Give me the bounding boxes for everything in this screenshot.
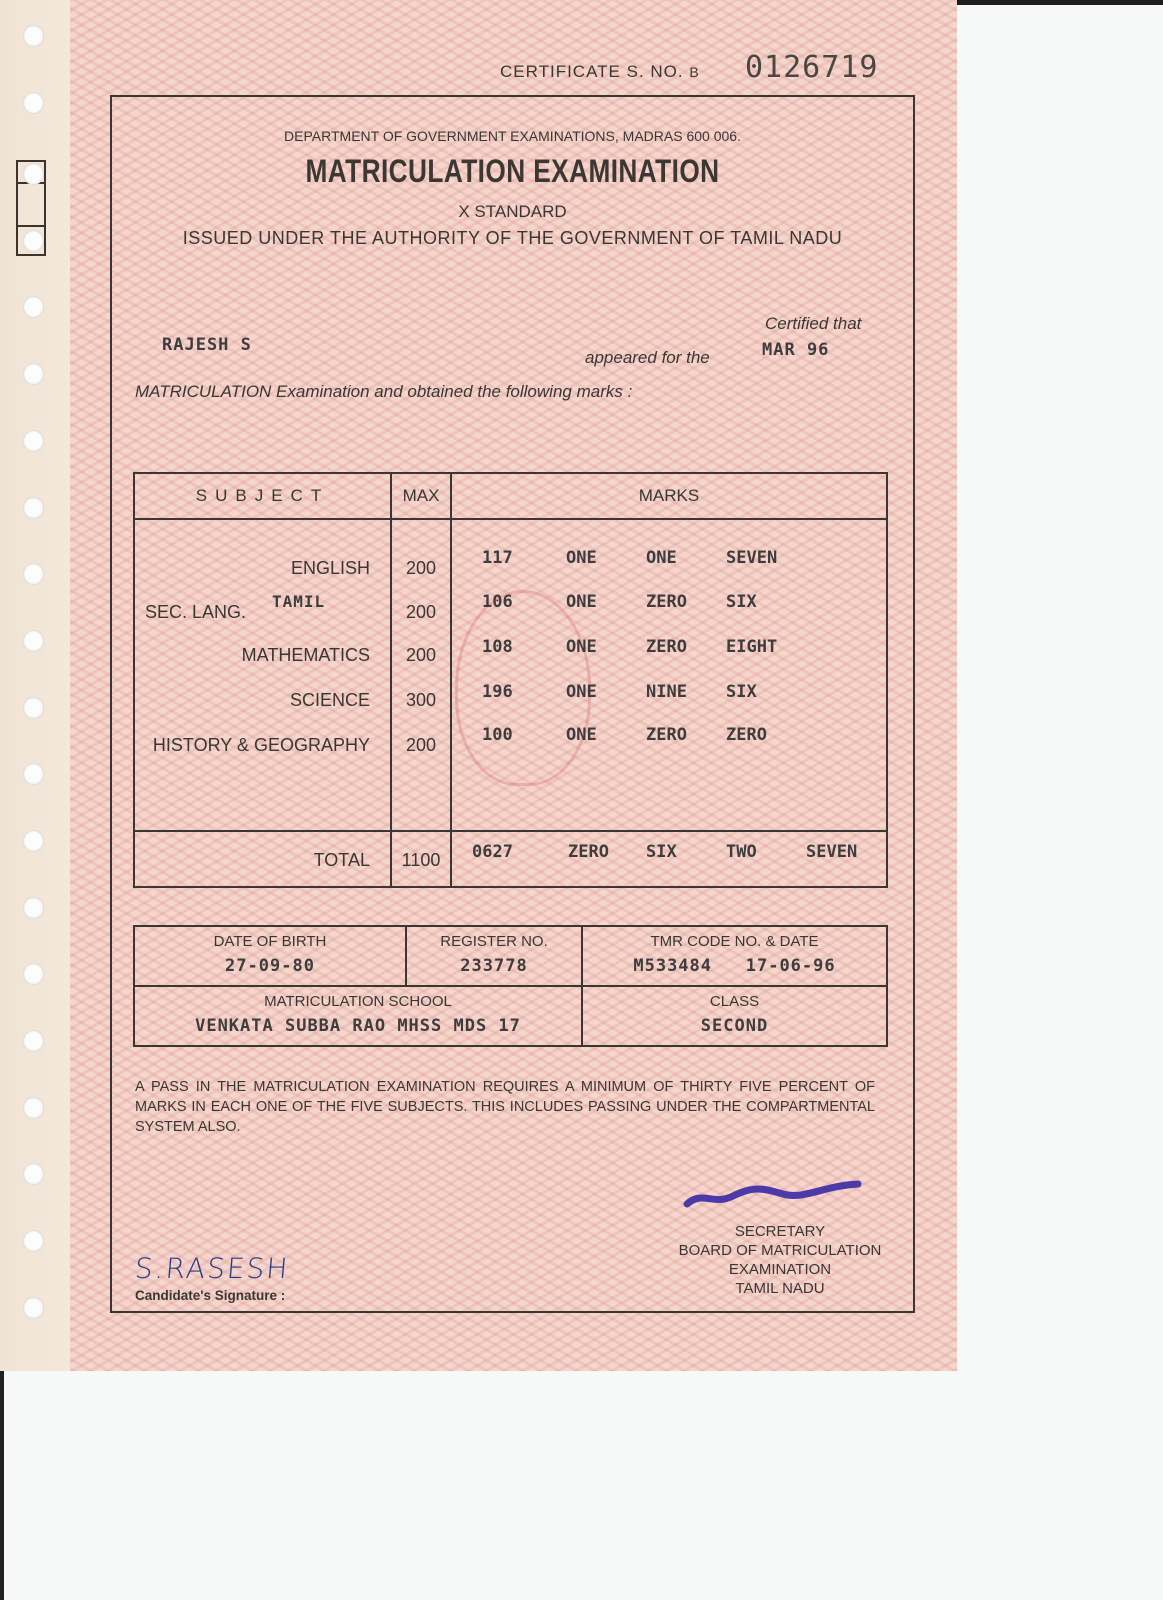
class-value: SECOND bbox=[584, 1016, 885, 1036]
class-label: CLASS bbox=[584, 993, 885, 1010]
punch-hole bbox=[23, 630, 44, 652]
punch-hole bbox=[23, 1030, 44, 1052]
register-cell: REGISTER NO. 233778 bbox=[406, 926, 582, 986]
max-tamil: 200 bbox=[392, 602, 450, 623]
school-value: VENKATA SUBBA RAO MHSS MDS 17 bbox=[136, 1016, 580, 1036]
certificate-serial-label: CERTIFICATE S. NO. B bbox=[500, 62, 700, 82]
school-cell: MATRICULATION SCHOOL VENKATA SUBBA RAO M… bbox=[134, 986, 582, 1046]
scan-edge-left bbox=[0, 1370, 4, 1600]
punch-hole bbox=[23, 1230, 44, 1252]
school-label: MATRICULATION SCHOOL bbox=[136, 993, 580, 1010]
certificate-title: MATRICULATION EXAMINATION bbox=[182, 153, 842, 190]
dob-cell: DATE OF BIRTH 27-09-80 bbox=[134, 926, 406, 986]
punch-hole bbox=[23, 296, 44, 318]
secretary-block: SECRETARY BOARD OF MATRICULATION EXAMINA… bbox=[670, 1222, 890, 1298]
secretary-signature-stamp bbox=[683, 1180, 863, 1210]
marks-table: SUBJECT MAX MARKS ENGLISH SEC. LANG. TAM… bbox=[133, 472, 888, 888]
register-label: REGISTER NO. bbox=[408, 933, 580, 950]
class-cell: CLASS SECOND bbox=[582, 986, 887, 1046]
authority-line: ISSUED UNDER THE AUTHORITY OF THE GOVERN… bbox=[110, 228, 915, 249]
punch-hole bbox=[23, 697, 44, 719]
dob-value: 27-09-80 bbox=[136, 956, 404, 976]
header-max: MAX bbox=[391, 473, 451, 519]
candidate-details-table: DATE OF BIRTH 27-09-80 REGISTER NO. 2337… bbox=[133, 925, 888, 1047]
department-line: DEPARTMENT OF GOVERNMENT EXAMINATIONS, M… bbox=[110, 128, 915, 144]
pass-requirement-note: A PASS IN THE MATRICULATION EXAMINATION … bbox=[135, 1077, 875, 1137]
tmr-cell: TMR CODE NO. & DATE M533484 17-06-96 bbox=[582, 926, 887, 986]
subject-english: ENGLISH bbox=[291, 558, 370, 579]
total-max: 1100 bbox=[392, 850, 450, 871]
marks-table-body: ENGLISH SEC. LANG. TAMIL MATHEMATICS SCI… bbox=[134, 519, 887, 831]
marks-column: 117 ONE ONE SEVEN 106 ONE ZERO SIX 108 O… bbox=[451, 519, 887, 831]
subject-mathematics: MATHEMATICS bbox=[242, 645, 370, 666]
register-value: 233778 bbox=[408, 956, 580, 976]
punch-hole bbox=[23, 1097, 44, 1119]
certificate-serial-number: 0126719 bbox=[745, 50, 878, 85]
punch-hole bbox=[23, 897, 44, 919]
punch-hole bbox=[23, 363, 44, 385]
max-history-geography: 200 bbox=[392, 735, 450, 756]
max-column: 200 200 200 300 200 bbox=[391, 519, 451, 831]
candidate-signature: S.RASESH bbox=[134, 1252, 291, 1285]
punch-hole bbox=[23, 563, 44, 585]
punch-hole bbox=[23, 830, 44, 852]
max-mathematics: 200 bbox=[392, 645, 450, 666]
punch-hole bbox=[23, 25, 44, 47]
tmr-label: TMR CODE NO. & DATE bbox=[584, 933, 885, 950]
header-subject: SUBJECT bbox=[134, 473, 391, 519]
max-english: 200 bbox=[392, 558, 450, 579]
punch-hole bbox=[23, 163, 44, 185]
total-max-cell: 1100 bbox=[391, 831, 451, 887]
subject-science: SCIENCE bbox=[290, 690, 370, 711]
header-marks: MARKS bbox=[451, 473, 887, 519]
punch-hole bbox=[23, 230, 44, 252]
statement-line: MATRICULATION Examination and obtained t… bbox=[135, 382, 632, 402]
punch-hole bbox=[23, 763, 44, 785]
subject-history-geography: HISTORY & GEOGRAPHY bbox=[153, 735, 370, 756]
candidate-signature-label: Candidate's Signature : bbox=[135, 1288, 285, 1303]
punch-hole bbox=[23, 1297, 44, 1319]
candidate-name: RAJESH S bbox=[162, 335, 252, 355]
punch-hole bbox=[23, 430, 44, 452]
punch-hole bbox=[23, 1163, 44, 1185]
total-label: TOTAL bbox=[314, 850, 370, 871]
appeared-label: appeared for the bbox=[585, 348, 710, 368]
certified-that-label: Certified that bbox=[765, 314, 861, 334]
subject-column: ENGLISH SEC. LANG. TAMIL MATHEMATICS SCI… bbox=[134, 519, 391, 831]
punch-hole bbox=[23, 497, 44, 519]
marks-total-row: TOTAL 1100 0627 ZERO SIX TWO SEVEN bbox=[134, 831, 887, 887]
subject-tamil: TAMIL bbox=[272, 592, 325, 611]
scan-edge-top bbox=[955, 0, 1163, 5]
max-science: 300 bbox=[392, 690, 450, 711]
total-label-cell: TOTAL bbox=[134, 831, 391, 887]
total-marks-cell: 0627 ZERO SIX TWO SEVEN bbox=[451, 831, 887, 887]
sec-lang-prefix: SEC. LANG. bbox=[145, 602, 246, 623]
standard-line: X STANDARD bbox=[110, 202, 915, 222]
punch-hole bbox=[23, 963, 44, 985]
exam-session: MAR 96 bbox=[762, 340, 829, 360]
perforated-stub bbox=[0, 0, 71, 1371]
tmr-value: M533484 17-06-96 bbox=[584, 956, 885, 976]
punch-hole bbox=[23, 92, 44, 114]
marks-table-header: SUBJECT MAX MARKS bbox=[134, 473, 887, 519]
dob-label: DATE OF BIRTH bbox=[136, 933, 404, 950]
